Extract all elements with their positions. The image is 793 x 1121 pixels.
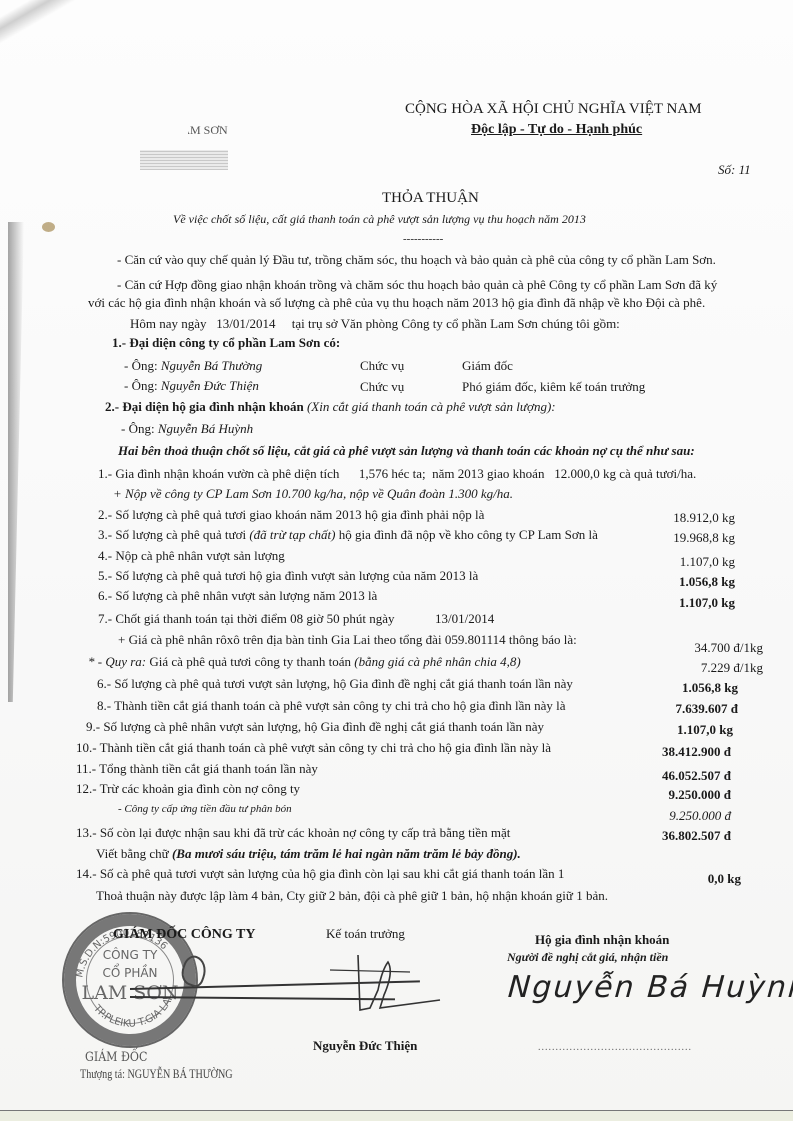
item-10-label: 10.- Thành tiền cắt giá thanh toán cà ph… (76, 740, 551, 756)
document-title: THỎA THUẬN (382, 190, 479, 207)
household-heading-text: 2.- Đại diện hộ gia đình nhận khoán (105, 399, 304, 414)
motto-heading: Độc lập - Tự do - Hạnh phúc (471, 122, 642, 138)
rep-name: Nguyễn Bá Huỳnh (158, 421, 253, 436)
agreement-intro: Hai bên thoả thuận chốt số liệu, cắt giá… (118, 443, 695, 459)
household-heading-note: (Xin cắt giá thanh toán cà phê vượt sản … (307, 399, 556, 414)
item-7: 7.- Chốt giá thanh toán tại thời điểm 08… (98, 611, 494, 627)
rep-name: Nguyễn Bá Thường (161, 358, 262, 373)
conversion-text: Giá cà phê quả tươi công ty thanh toán (149, 654, 351, 669)
rep-prefix: - Ông: (124, 358, 158, 373)
item-12-sub-label: - Công ty cấp ứng tiền đầu tư phân bón (118, 803, 292, 815)
copies-note: Thoả thuận này được lập làm 4 bản, Cty g… (96, 888, 608, 904)
company-name-line2: LAM SƠN (188, 123, 228, 138)
company-rep-1: - Ông: Nguyễn Bá Thường (124, 358, 262, 374)
amount-in-words-label: Viết bằng chữ (96, 846, 169, 861)
item-6b-label: 6.- Số lượng cà phê quả tươi vượt sản lư… (97, 676, 573, 692)
item-1: 1.- Gia đình nhận khoán vườn cà phê diện… (98, 466, 696, 482)
company-rep-2-role: Phó giám đốc, kiêm kế toán trưởng (462, 379, 645, 395)
item-11-label: 11.- Tổng thành tiền cắt giá thanh toán … (76, 761, 318, 777)
title-separator: ----------- (403, 233, 443, 245)
item-5-value: 1.056,8 kg (679, 574, 735, 590)
item-11-value: 46.052.507 đ (662, 768, 731, 784)
item-6-label: 6.- Số lượng cà phê nhân vượt sản lượng … (98, 588, 377, 604)
amount-in-words: Viết bằng chữ (Ba mươi sáu triệu, tám tr… (96, 846, 521, 862)
accountant-title: Kế toán trưởng (326, 926, 405, 942)
item-6b-value: 1.056,8 kg (682, 680, 738, 696)
item-12-value: 9.250.000 đ (669, 787, 731, 803)
item-2-value: 18.912,0 kg (673, 510, 735, 526)
stamp-line-1: CÔNG TY (64, 948, 196, 962)
meeting-date-label: Hôm nay ngày (130, 316, 207, 331)
company-rep-2-role-label: Chức vụ (360, 379, 404, 395)
rep-prefix: - Ông: (124, 378, 158, 393)
item-1-label: 1.- Gia đình nhận khoán vườn cà phê diện… (98, 466, 339, 481)
rep-prefix: - Ông: (121, 421, 155, 436)
item-7-date: 13/01/2014 (435, 611, 494, 626)
item-13-label: 13.- Số còn lại được nhận sau khi đã trừ… (76, 825, 510, 841)
item-3-label-rest: hộ gia đình đã nộp về kho công ty CP Lam… (339, 527, 598, 542)
paper-stain (42, 222, 55, 232)
rep-name: Nguyễn Đức Thiện (161, 378, 259, 393)
stamp-line-3: LAM SƠN (64, 982, 196, 1004)
preamble-clause-1: - Căn cứ vào quy chế quản lý Đầu tư, trồ… (117, 252, 716, 268)
item-5-label: 5.- Số lượng cà phê quả tươi hộ gia đình… (98, 568, 478, 584)
company-rep-2: - Ông: Nguyễn Đức Thiện (124, 378, 259, 394)
item-10-value: 38.412.900 đ (662, 744, 731, 760)
country-heading: CỘNG HÒA XÃ HỘI CHỦ NGHĨA VIỆT NAM (405, 101, 702, 118)
item-4-label: 4.- Nộp cà phê nhân vượt sản lượng (98, 548, 285, 564)
item-8-label: 8.- Thành tiền cắt giá thanh toán cà phê… (97, 698, 566, 714)
meeting-location: tại trụ sở Văn phòng Công ty cổ phần Lam… (292, 316, 620, 331)
document-subtitle: Về việc chốt số liệu, cất giá thanh toán… (173, 212, 586, 227)
item-12-label: 12.- Trừ các khoản gia đình còn nợ công … (76, 781, 300, 797)
item-1-label-b: năm 2013 giao khoán (432, 466, 544, 481)
conversion-line: * - Quy ra: Giá cà phê quả tươi công ty … (88, 654, 521, 670)
amount-in-words-value: (Ba mươi sáu triệu, tám trăm lẻ hai ngàn… (172, 846, 521, 861)
item-8-value: 7.639.607 đ (676, 701, 738, 717)
item-12-sub-value: 9.250.000 đ (669, 808, 731, 824)
item-1-note: + Nộp về công ty CP Lam Sơn 10.700 kg/ha… (113, 486, 513, 502)
household-title: Hộ gia đình nhận khoán (535, 932, 669, 948)
item-3-value: 19.968,8 kg (673, 530, 735, 546)
item-1-quota: 12.000,0 kg cà quả tươi/ha. (554, 466, 696, 481)
company-header-smudge (140, 150, 228, 170)
item-4-value: 1.107,0 kg (680, 554, 735, 570)
document-number: Số: 11 (718, 162, 751, 178)
paper-bottom-edge (0, 1110, 793, 1121)
company-reps-heading: 1.- Đại diện công ty cổ phần Lam Sơn có: (112, 335, 340, 351)
conversion-note: (bằng giá cà phê nhân chia 4,8) (354, 654, 520, 669)
price-value: 34.700 đ/1kg (694, 640, 763, 656)
household-signature: Nguyễn Bá Huỳnh (507, 970, 793, 1005)
conversion-label: * - Quy ra: (88, 654, 146, 669)
household-rep: - Ông: Nguyễn Bá Huỳnh (121, 421, 253, 437)
item-9-label: 9.- Số lượng cà phê nhân vượt sản lượng,… (86, 719, 544, 735)
household-reps-heading: 2.- Đại diện hộ gia đình nhận khoán (Xin… (105, 399, 556, 415)
item-2-label: 2.- Số lượng cà phê quả tươi giao khoán … (98, 507, 484, 523)
item-3-label: 3.- Số lượng cà phê quả tươi (đã trừ tạp… (98, 527, 598, 543)
item-7-label: 7.- Chốt giá thanh toán tại thời điểm 08… (98, 611, 394, 626)
preamble-clause-2b: với các hộ gia đình nhận khoán và số lượ… (88, 295, 705, 311)
accountant-signature (330, 950, 450, 1015)
item-6-value: 1.107,0 kg (679, 595, 735, 611)
accountant-name: Nguyễn Đức Thiện (313, 1038, 417, 1054)
price-line: + Giá cà phê nhân rôxô trên địa bàn tỉnh… (118, 632, 577, 648)
item-3-label-italic: (đã trừ tạp chất) (249, 527, 335, 542)
item-13-value: 36.802.507 đ (662, 828, 731, 844)
stamp-line-2: CỔ PHẦN (64, 966, 196, 980)
item-9-value: 1.107,0 kg (677, 722, 733, 738)
item-3-label-a: 3.- Số lượng cà phê quả tươi (98, 527, 246, 542)
household-signature-dots: ........................................… (538, 1042, 692, 1053)
company-rep-1-role: Giám đốc (462, 358, 513, 374)
meeting-date: 13/01/2014 (216, 316, 275, 331)
household-subtitle: Người đề nghị cắt giá, nhận tiền (507, 950, 668, 965)
director-title: GIÁM ĐỐC CÔNG TY (113, 927, 255, 943)
meeting-date-line: Hôm nay ngày 13/01/2014 tại trụ sở Văn p… (130, 316, 620, 332)
company-rep-1-role-label: Chức vụ (360, 358, 404, 374)
preamble-clause-2a: - Căn cứ Hợp đồng giao nhận khoán trồng … (117, 277, 717, 293)
director-stamp-name: Thượng tá: NGUYỄN BÁ THƯỜNG (80, 1066, 233, 1082)
item-1-area: 1,576 héc ta; (359, 466, 426, 481)
item-14-label: 14.- Số cà phê quả tươi vượt sản lượng c… (76, 866, 564, 882)
item-14-value: 0,0 kg (708, 871, 741, 887)
conversion-value: 7.229 đ/1kg (701, 660, 763, 676)
director-stamp-title: GIÁM ĐỐC (85, 1050, 147, 1065)
